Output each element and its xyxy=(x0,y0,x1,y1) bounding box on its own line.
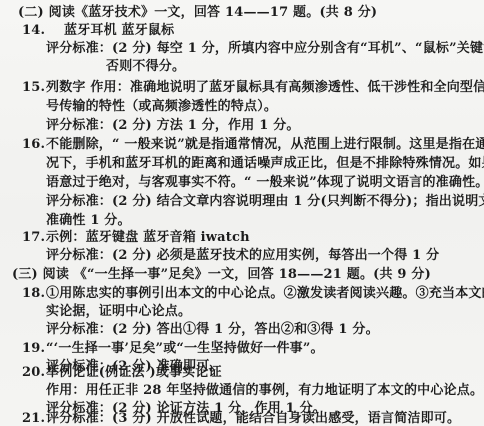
q16-number: 16. xyxy=(22,136,45,153)
q16-criteria-cont: 准确性 1 分。 xyxy=(46,212,131,229)
q15-answer: 列数字 作用：准确地说明了蓝牙鼠标具有高频渗透性、低干涉性和全向型信 xyxy=(46,79,484,96)
q17-number: 17. xyxy=(22,229,45,246)
answer-key-page: (二) 阅读《蓝牙技术》一文，回答 14——17 题。(共 8 分) 14. 蓝… xyxy=(0,0,484,426)
q17-answer: 示例：蓝牙键盘 蓝牙音箱 iwatch xyxy=(46,229,250,246)
q21-criteria: 评分标准：(3 分) 开放性试题，能结合自身读出感受，语言简洁即可。 xyxy=(46,410,460,426)
q18-answer: ①用陈忠实的事例引出本文的中心论点。②激发读者阅读兴趣。③充当本文的事 xyxy=(46,285,484,302)
q20-number: 20. xyxy=(22,364,45,381)
section-2-heading: (二) 阅读《蓝牙技术》一文，回答 14——17 题。(共 8 分) xyxy=(18,4,377,21)
q14-number: 14. xyxy=(22,22,45,39)
q21-number: 21. xyxy=(22,410,45,426)
q14-answer: 蓝牙耳机 蓝牙鼠标 xyxy=(64,22,174,39)
q17-criteria: 评分标准：(2 分) 必须是蓝牙技术的应用实例，每答出一个得 1 分 xyxy=(46,247,439,264)
q14-criteria: 评分标准：(2 分) 每空 1 分，所填内容中应分别含有“耳机”、“鼠标”关键词… xyxy=(46,40,484,57)
q20-answer: 举例论证(例证法 )或事实论证 xyxy=(46,364,222,381)
q16-answer-cont-1: 况下，手机和蓝牙耳机的距离和通话噪声成正比，但是不排除特殊情况。如果删除， xyxy=(46,155,484,172)
q15-number: 15. xyxy=(22,79,45,96)
q19-answer: “‘一生择一事’足矣”或“一生坚持做好一件事”。 xyxy=(46,340,324,357)
q18-criteria: 评分标准：(2 分) 答出①得 1 分，答出②和③得 1 分。 xyxy=(46,321,379,338)
section-3-heading: (三) 阅读 《“一生择一事”足矣》一文，回答 18——21 题。(共 9 分) xyxy=(12,266,431,283)
q15-answer-cont: 号传输的特性（或高频渗透性的特点）。 xyxy=(46,98,277,115)
q19-number: 19. xyxy=(22,340,45,357)
q16-answer-cont-2: 语意过于绝对，与客观事实不符。“ 一般来说”体现了说明文语言的准确性。 xyxy=(46,174,484,191)
q14-criteria-cont: 否则不得分。 xyxy=(106,58,185,75)
q16-criteria: 评分标准：(2 分) 结合文章内容说明理由 1 分(只判断不得分)；指出说明文语… xyxy=(46,193,484,210)
q20-effect: 作用：用任正非 28 年坚持做通信的事例，有力地证明了本文的中心论点。 xyxy=(46,382,483,399)
q15-criteria: 评分标准：(2 分) 方法 1 分，作用 1 分。 xyxy=(46,117,300,134)
q16-answer: 不能删除，“ 一般来说”就是指通常情况，从范围上进行限制。这里是指在通常情 xyxy=(46,136,484,153)
q18-answer-cont: 实论据，证明中心论点。 xyxy=(46,303,191,320)
q18-number: 18. xyxy=(22,285,45,302)
